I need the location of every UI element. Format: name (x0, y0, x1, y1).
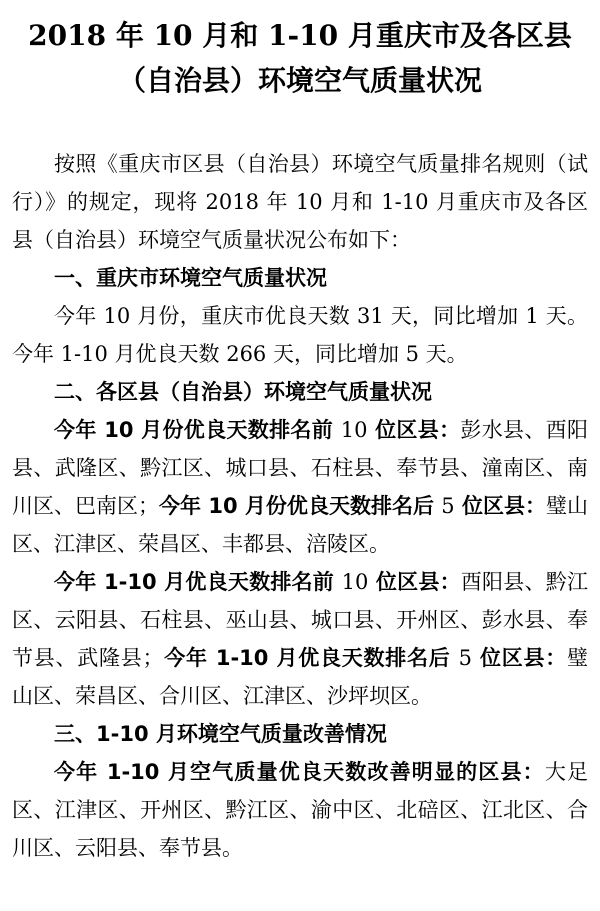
text-run: 5 (441, 494, 454, 518)
document-page: 2018 年 10 月和 1-10 月重庆市及各区县 （自治县）环境空气质量状况… (0, 0, 600, 911)
emphasis-run: 今年 10 月份优良天数排名后 (159, 494, 441, 518)
emphasis-run: 位区县： (455, 494, 546, 518)
section-3-improvement-paragraph: 今年 1-10 月空气质量优良天数改善明显的区县：大足区、江津区、开州区、黔江区… (12, 753, 588, 867)
emphasis-run: 位区县： (367, 418, 460, 442)
title-line-1: 2018 年 10 月和 1-10 月重庆市及各区县 (28, 19, 572, 52)
section-1-heading: 一、重庆市环境空气质量状况 (12, 259, 588, 297)
emphasis-run: 今年 1-10 月优良天数排名后 (164, 646, 459, 670)
section-1-paragraph: 今年 10 月份，重庆市优良天数 31 天，同比增加 1 天。今年 1-10 月… (12, 297, 588, 373)
text-run: 10 (341, 418, 368, 442)
document-title: 2018 年 10 月和 1-10 月重庆市及各区县 （自治县）环境空气质量状况 (12, 13, 588, 103)
text-run: 10 (342, 570, 369, 594)
emphasis-run: 今年 10 月份优良天数排名前 (54, 418, 341, 442)
section-2-october-ranking-paragraph: 今年 10 月份优良天数排名前 10 位区县：彭水县、酉阳县、武隆区、黔江区、城… (12, 411, 588, 563)
section-2-ytd-ranking-paragraph: 今年 1-10 月优良天数排名前 10 位区县：酉阳县、黔江区、云阳县、石柱县、… (12, 563, 588, 715)
emphasis-run: 今年 1-10 月空气质量优良天数改善明显的区县： (54, 760, 545, 784)
title-line-2: （自治县）环境空气质量状况 (118, 64, 482, 97)
emphasis-run: 位区县： (472, 646, 567, 670)
section-2-heading: 二、各区县（自治县）环境空气质量状况 (12, 373, 588, 411)
intro-paragraph: 按照《重庆市区县（自治县）环境空气质量排名规则（试行）》的规定，现将 2018 … (12, 145, 588, 259)
emphasis-run: 位区县： (368, 570, 461, 594)
emphasis-run: 今年 1-10 月优良天数排名前 (54, 570, 342, 594)
text-run: 5 (459, 646, 472, 670)
section-3-heading: 三、1-10 月环境空气质量改善情况 (12, 715, 588, 753)
